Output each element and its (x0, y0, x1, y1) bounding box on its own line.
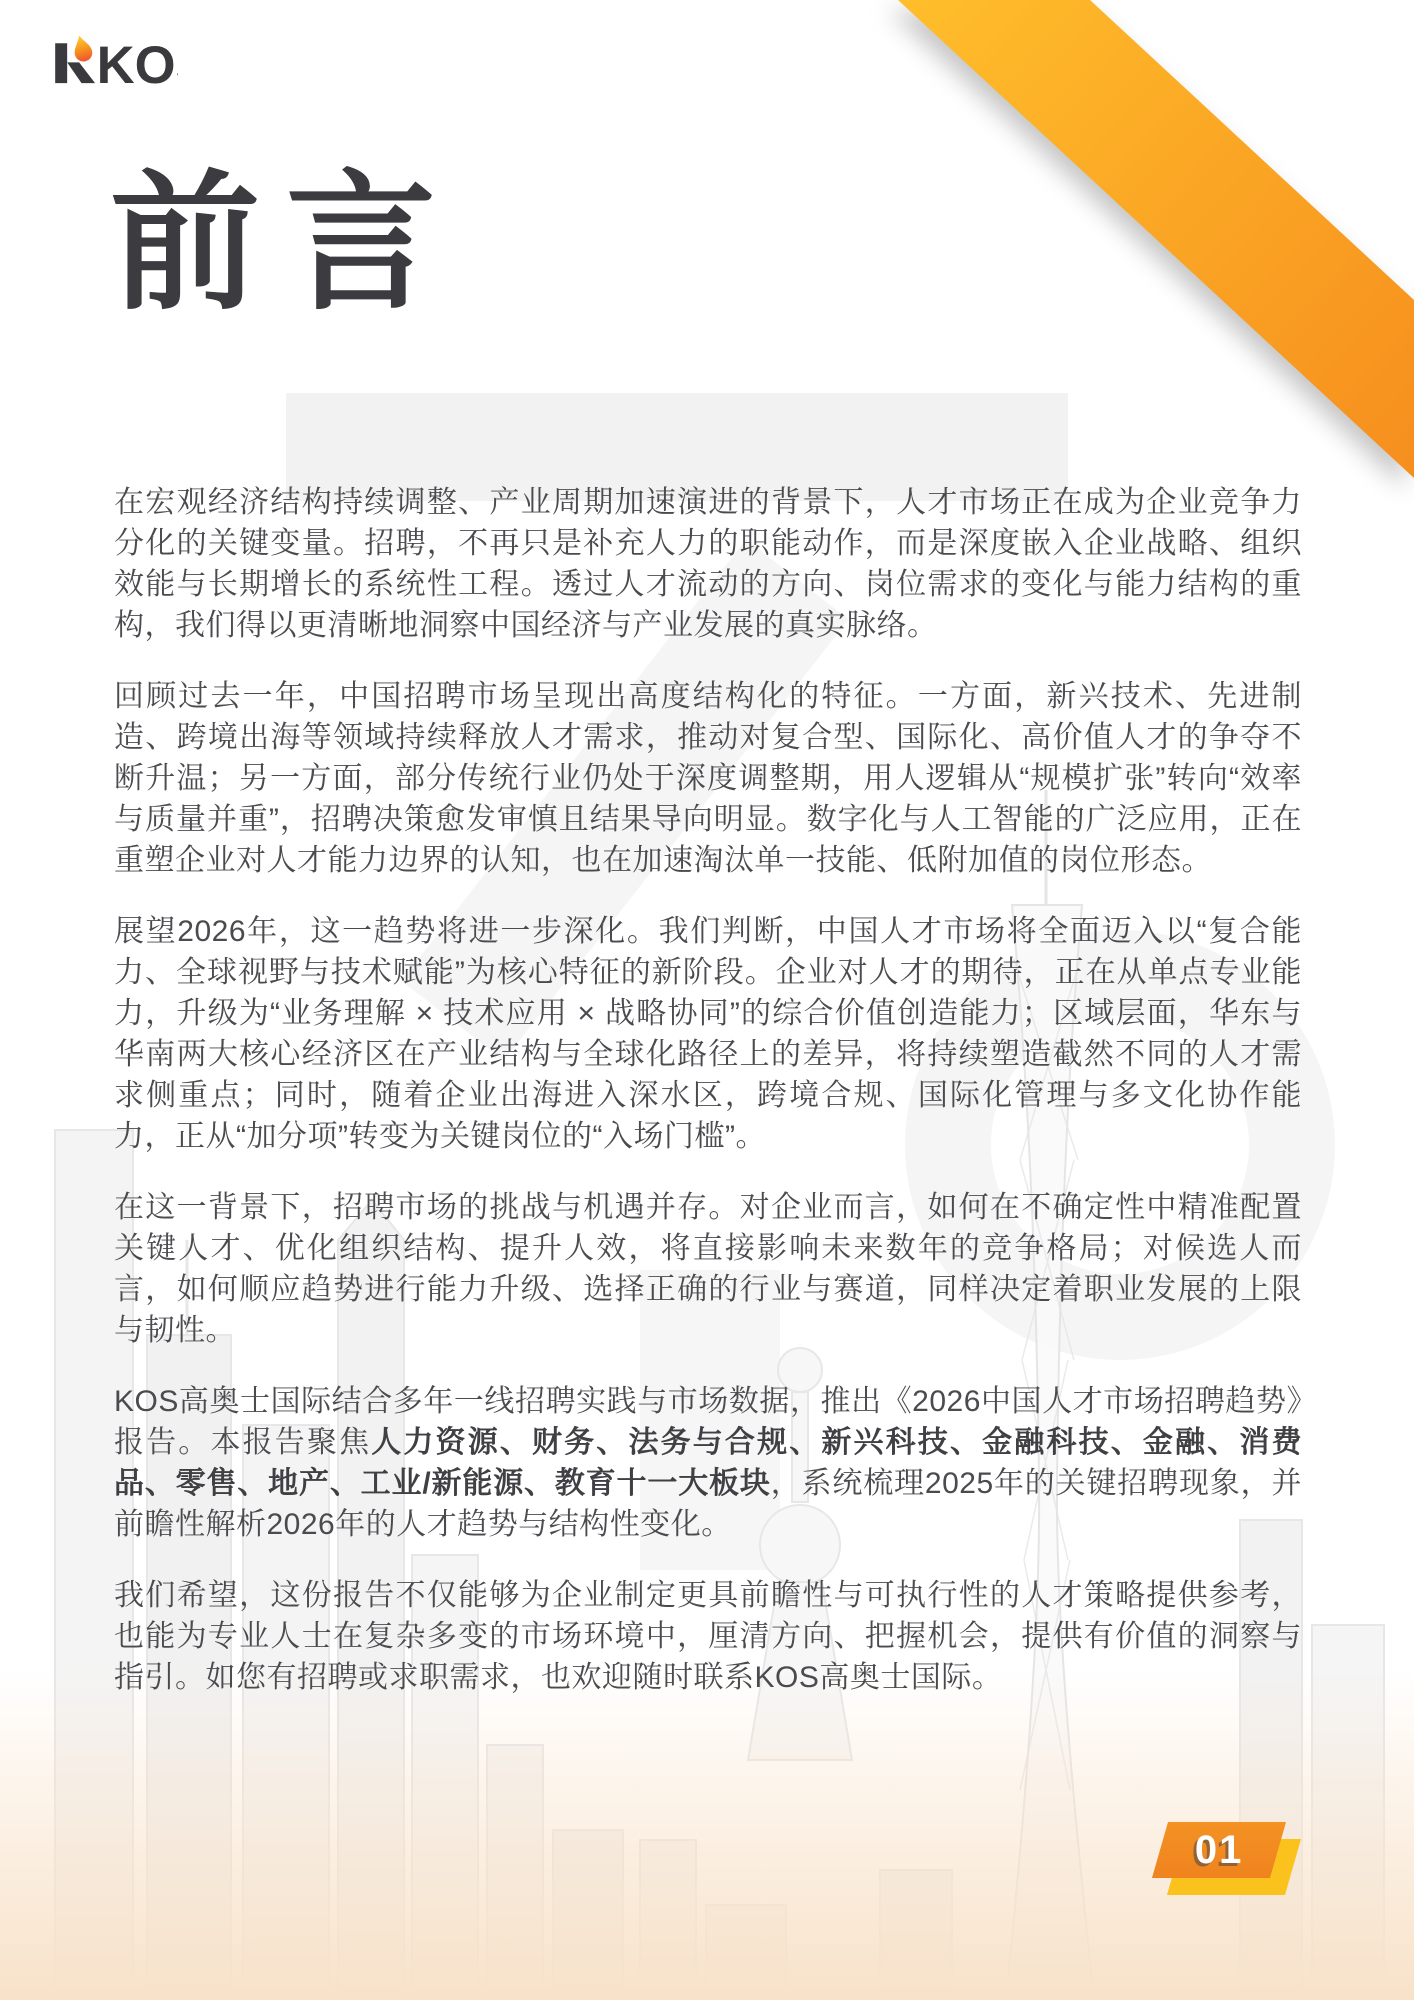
page-number: 01 (1195, 1828, 1244, 1873)
paragraph-4: 在这一背景下，招聘市场的挑战与机遇并存。对企业而言，如何在不确定性中精准配置关键… (114, 1187, 1302, 1351)
paragraph-5: KOS高奥士国际结合多年一线招聘实践与市场数据，推出《2026中国人才市场招聘趋… (114, 1381, 1302, 1545)
paragraph-2: 回顾过去一年，中国招聘市场呈现出高度结构化的特征。一方面，新兴技术、先进制造、跨… (114, 676, 1302, 881)
kos-logo: KOS (52, 32, 178, 93)
paragraph-1: 在宏观经济结构持续调整、产业周期加速演进的背景下，人才市场正在成为企业竞争力分化… (114, 482, 1302, 646)
paragraph-3: 展望2026年，这一趋势将进一步深化。我们判断，中国人才市场将全面迈入以“复合能… (114, 911, 1302, 1157)
page-title: 前言 (110, 168, 462, 318)
report-page: KOS 前言 在宏观经济结构持续调整、产业周期加速演进的背景下，人才市场正在成为… (0, 0, 1414, 2000)
kos-logo-graphic: KOS (52, 32, 178, 88)
body-text: 在宏观经济结构持续调整、产业周期加速演进的背景下，人才市场正在成为企业竞争力分化… (114, 482, 1302, 1728)
flame-icon (71, 34, 94, 64)
paragraph-6: 我们希望，这份报告不仅能够为企业制定更具前瞻性与可执行性的人才策略提供参考，也能… (114, 1575, 1302, 1698)
badge-orange-shape: 01 (1152, 1822, 1286, 1878)
page-number-badge: 01 (1160, 1822, 1278, 1878)
logo-text: KOS (97, 36, 178, 88)
